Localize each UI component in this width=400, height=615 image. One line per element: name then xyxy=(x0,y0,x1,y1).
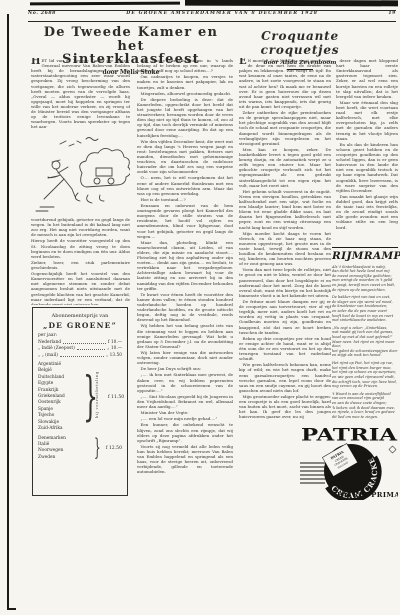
drop-cap-e: E xyxy=(239,58,247,67)
car-wheels xyxy=(94,178,114,184)
verse-stanza: „Nu zegt u zeker: „Sinterklaas, wat maak… xyxy=(332,326,398,358)
country-group-2: DenemarkenItaliëNoorwegenZweden } f 12.5… xyxy=(38,436,122,462)
cartoon-pedestrian-illustration xyxy=(30,135,130,215)
runner-head xyxy=(52,161,60,169)
column-3-rest: Zeker ontbreken de rijke prentenboeken e… xyxy=(239,110,331,419)
country-groups: ArgentiniëBelgiëDuitschlandEgypteFrankri… xyxy=(38,362,122,462)
country-item: Tsjecho Slowakije xyxy=(38,413,65,426)
right-article-title: Croquante croquetjes xyxy=(238,29,362,57)
column-2: dag hunne beraadslagingen in 's lands be… xyxy=(137,58,233,490)
left-article-title-line1: De Tweede Kamer en het xyxy=(30,26,232,53)
country-item: Zuid-Afrika xyxy=(38,426,65,432)
patria-tagline: PATRIA-PRIMA xyxy=(337,491,398,499)
subscription-box: Abonnementsprijs van „DE GROENE” per jaa… xyxy=(32,307,128,496)
masthead-title: DE GROENE AMSTERDAMMER VAN 8 DECEMBER 19… xyxy=(126,11,318,16)
left-article-opening: ET lid van de Tweede Kamer der Staten-Ge… xyxy=(31,58,130,129)
drop-cap-h: H xyxy=(31,58,40,67)
subscription-title-prefix: Abonnementsprijs van xyxy=(38,313,122,319)
verse-stanza: De bakker rijmt van taai en zoet, de sla… xyxy=(332,295,398,323)
motion-dashes xyxy=(60,141,81,146)
price-row: Nederlandf 10.— xyxy=(38,340,122,345)
group-1-price: f 11.50 xyxy=(108,395,124,400)
per-year-label: per jaar: xyxy=(38,333,122,338)
trademark-diamond xyxy=(389,446,396,453)
verse-stanza: 't Woord is aan de onsterflijkheid van e… xyxy=(332,392,398,420)
scan-artifact-left-edge xyxy=(7,14,9,610)
patria-brand: PATRIA xyxy=(301,427,398,446)
price-row: „ Indië (Zeepost)„ 10.— xyxy=(38,346,122,351)
column-1-bottom: voortdurend gebijuik, getoeter en gegil … xyxy=(31,217,130,305)
rijmramp-verse: Als 't Sinterklaasfeest is nabij, dan di… xyxy=(332,265,398,420)
scan-artifact-top-left xyxy=(30,2,180,6)
masthead-rule-bottom xyxy=(28,21,396,22)
masthead-row: No. 2688 DE GROENE AMSTERDAMMER VAN 8 DE… xyxy=(28,11,396,16)
ground-lines xyxy=(36,207,54,211)
country-list-1: ArgentiniëBelgiëDuitschlandEgypteFrankri… xyxy=(38,362,74,433)
scan-artifact-bottom-left xyxy=(7,608,16,610)
price-row: „ „ (mail)„ 13.50 xyxy=(38,353,122,358)
rijmramp-title: RIJMRAMP xyxy=(332,247,398,262)
bird-mark xyxy=(86,138,98,141)
right-article-opening: N moeder, Sint Nicolaas staat weer voor … xyxy=(239,58,331,109)
patria-advertisement: PATRIA PATRIA CREAM CRACKERS HOLLAND CRE… xyxy=(299,427,398,500)
emblem-hatch-lines xyxy=(300,463,327,483)
brace-group-2: } xyxy=(94,437,101,460)
runner-legs xyxy=(44,179,76,199)
column-1-top: HET lid van de Tweede Kamer der Staten-G… xyxy=(31,58,130,135)
subscription-journal-name: „DE GROENE” xyxy=(38,321,122,330)
scan-artifact-top-right xyxy=(185,0,398,6)
page-number: 19 xyxy=(388,11,396,16)
vertical-payment-note: bij vooruitbetaling xyxy=(95,364,99,426)
verse-stanza: Als 't Sinterklaasfeest is nabij, dan di… xyxy=(332,265,398,293)
issue-number: No. 2688 xyxy=(28,11,56,16)
runner-coat xyxy=(48,175,60,178)
rijmramp-section: RIJMRAMP Als 't Sinterklaasfeest is nabi… xyxy=(332,247,398,422)
price-rows: Nederlandf 10.— „ Indië (Zeepost)„ 10.— … xyxy=(38,340,122,358)
country-list-2: DenemarkenItaliëNoorwegenZweden xyxy=(38,436,90,462)
country-item: Zweden xyxy=(38,455,81,461)
country-group-1: ArgentiniëBelgiëDuitschlandEgypteFrankri… xyxy=(38,362,122,433)
column-4-top: dezer dagen met kloppend hart haar eerst… xyxy=(336,58,398,246)
car-body xyxy=(96,168,112,176)
group-2-price: f 12.50 xyxy=(106,446,122,451)
verse-stanza: Het rijmt op Piet, het rijmt op roe, het… xyxy=(332,361,398,389)
dust-swirls xyxy=(75,193,104,203)
